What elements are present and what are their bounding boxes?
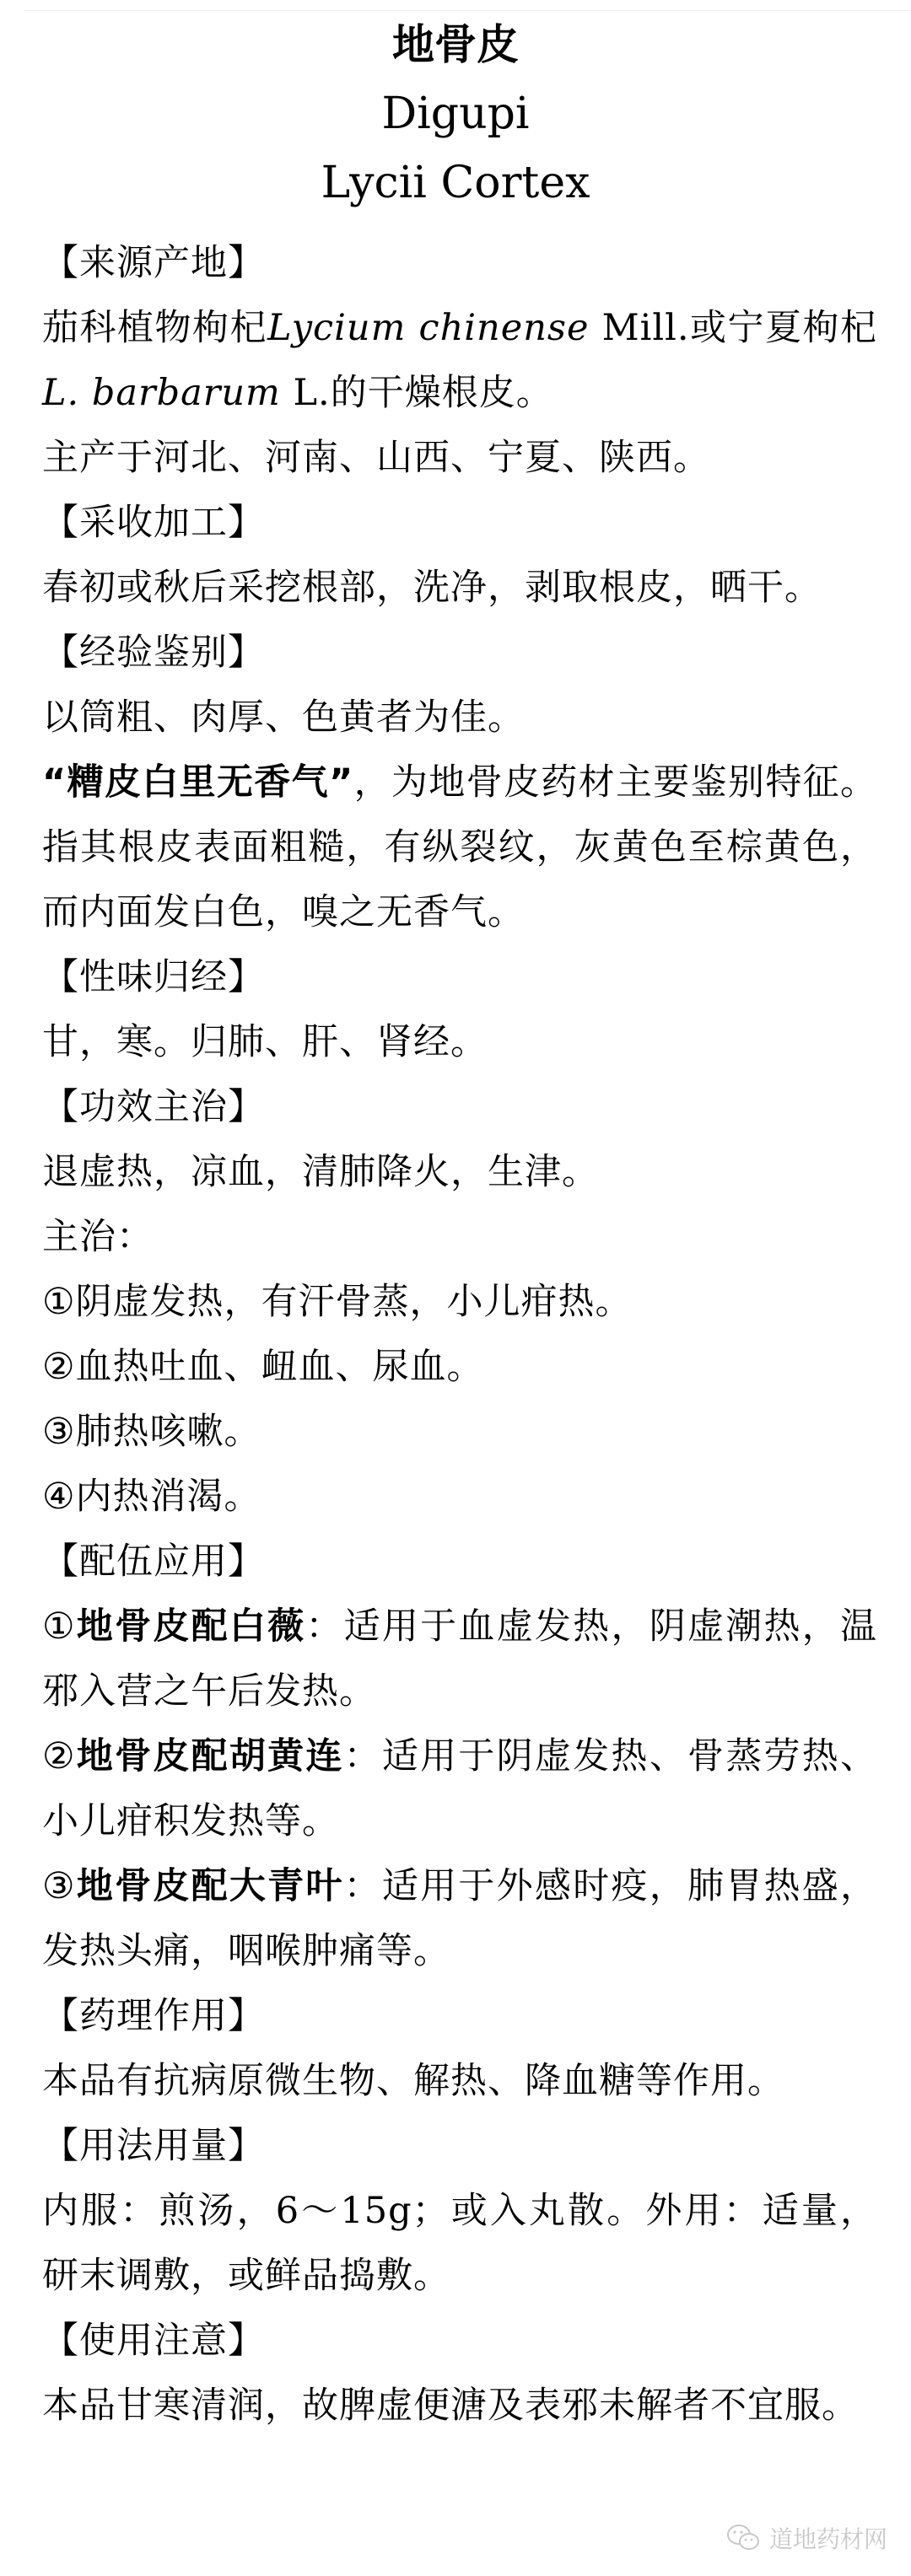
species-name: Lycium chinense bbox=[267, 307, 589, 349]
dosage-amount: 6～15g bbox=[276, 2190, 412, 2232]
identification-feature: “糟皮白里无香气”，为地骨皮药材主要鉴别特征。指其根皮表面粗糙，有纵裂纹，灰黄色… bbox=[42, 750, 877, 945]
section-heading-nature: 【性味归经】 bbox=[42, 945, 877, 1010]
section-heading-identification: 【经验鉴别】 bbox=[42, 621, 877, 686]
pinyin-name: Digupi bbox=[0, 84, 911, 143]
species-author: L. bbox=[281, 372, 331, 414]
origin-text: 主产于河北、河南、山西、宁夏、陕西。 bbox=[42, 426, 877, 491]
combination-item: ②地骨皮配胡黄连：适用于阴虚发热、骨蒸劳热、小儿疳积发热等。 bbox=[42, 1724, 877, 1854]
section-heading-precautions: 【使用注意】 bbox=[42, 2309, 877, 2374]
page-title: 地骨皮 bbox=[0, 15, 911, 74]
source-text: 的干燥根皮。 bbox=[331, 372, 553, 414]
species-author: Mill. bbox=[589, 307, 689, 349]
wechat-icon bbox=[725, 2523, 763, 2553]
item-number: ② bbox=[42, 1735, 77, 1777]
combination-pair: 地骨皮配胡黄连 bbox=[77, 1735, 344, 1777]
section-heading-pharmacology: 【药理作用】 bbox=[42, 1984, 877, 2049]
combination-item: ①地骨皮配白薇：适用于血虚发热，阴虚潮热，温邪入营之午后发热。 bbox=[42, 1595, 877, 1724]
source-text: 茄科植物枸杞 bbox=[42, 307, 267, 349]
watermark: 道地药材网 bbox=[725, 2521, 887, 2555]
section-heading-dosage: 【用法用量】 bbox=[42, 2114, 877, 2179]
indication-item: ③肺热咳嗽。 bbox=[42, 1400, 877, 1465]
species-name: L. barbarum bbox=[42, 372, 281, 414]
identification-quality: 以筒粗、肉厚、色黄者为佳。 bbox=[42, 686, 877, 750]
indication-item: ④内热消渴。 bbox=[42, 1465, 877, 1530]
dosage-prefix: 内服：煎汤， bbox=[42, 2190, 276, 2232]
section-heading-harvest: 【采收加工】 bbox=[42, 491, 877, 556]
precautions-text: 本品甘寒清润，故脾虚便溏及表邪未解者不宜服。 bbox=[42, 2374, 877, 2439]
combination-pair: 地骨皮配大青叶 bbox=[77, 1865, 344, 1907]
top-divider bbox=[25, 10, 911, 11]
watermark-text: 道地药材网 bbox=[769, 2521, 887, 2555]
nature-text: 甘，寒。归肺、肝、肾经。 bbox=[42, 1010, 877, 1075]
harvest-text: 春初或秋后采挖根部，洗净，剥取根皮，晒干。 bbox=[42, 556, 877, 621]
section-heading-combination: 【配伍应用】 bbox=[42, 1530, 877, 1595]
indication-item: ②血热吐血、衄血、尿血。 bbox=[42, 1335, 877, 1400]
source-description: 茄科植物枸杞Lycium chinense Mill.或宁夏枸杞L. barba… bbox=[42, 296, 877, 426]
indication-item: ①阴虚发热，有汗骨蒸，小儿疳热。 bbox=[42, 1270, 877, 1335]
indications-label: 主治： bbox=[42, 1205, 877, 1270]
efficacy-text: 退虚热，凉血，清肺降火，生津。 bbox=[42, 1140, 877, 1205]
source-text: 或宁夏枸杞 bbox=[690, 307, 877, 349]
combination-pair: 地骨皮配白薇 bbox=[77, 1605, 306, 1648]
item-number: ① bbox=[42, 1605, 77, 1648]
item-number: ③ bbox=[42, 1865, 77, 1907]
section-heading-source: 【来源产地】 bbox=[42, 231, 877, 296]
latin-name: Lycii Cortex bbox=[0, 153, 911, 212]
identification-slogan: “糟皮白里无香气” bbox=[42, 761, 353, 804]
dosage-text: 内服：煎汤，6～15g；或入丸散。外用：适量，研末调敷，或鲜品捣敷。 bbox=[42, 2179, 877, 2309]
pharmacology-text: 本品有抗病原微生物、解热、降血糖等作用。 bbox=[42, 2049, 877, 2114]
section-heading-efficacy: 【功效主治】 bbox=[42, 1075, 877, 1140]
article-body: 【来源产地】 茄科植物枸杞Lycium chinense Mill.或宁夏枸杞L… bbox=[42, 231, 877, 2439]
combination-item: ③地骨皮配大青叶：适用于外感时疫，肺胃热盛，发热头痛，咽喉肿痛等。 bbox=[42, 1854, 877, 1984]
